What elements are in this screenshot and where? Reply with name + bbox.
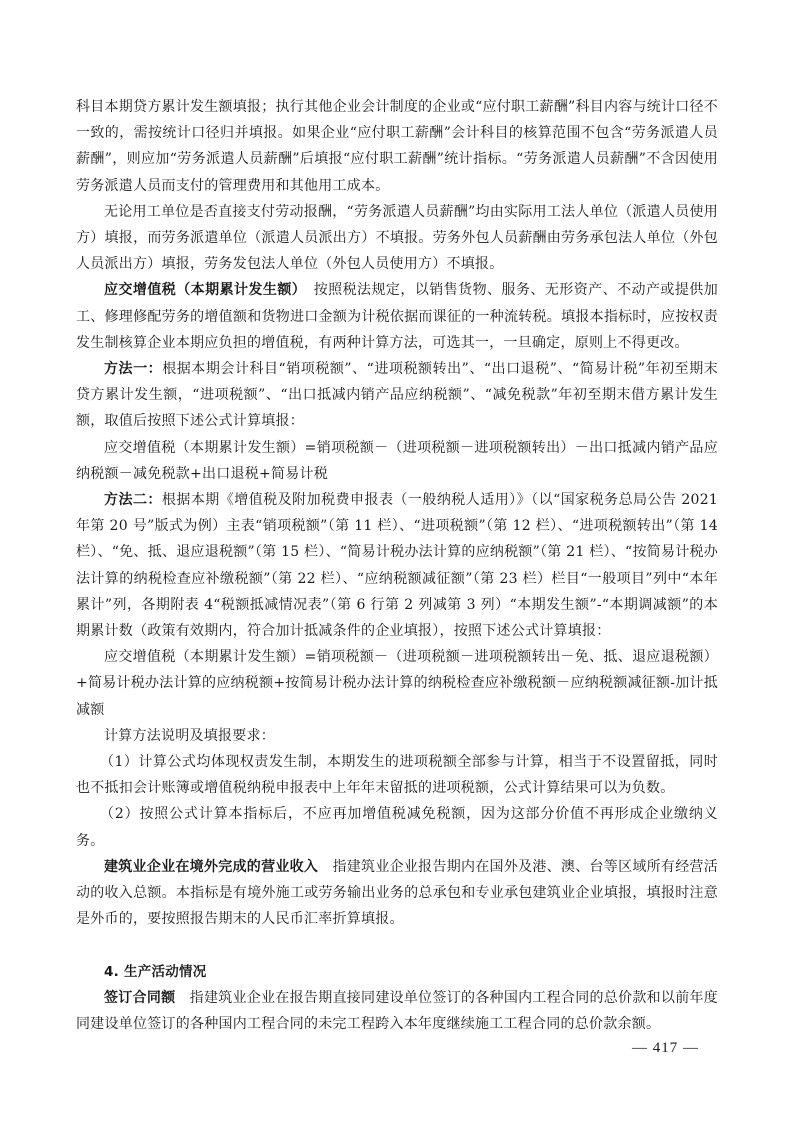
document-page: 科目本期贷方累计发生额填报；执行其他企业会计制度的企业或“应付职工薪酬”科目内容…: [76, 94, 718, 1037]
paragraph-dispatched-workers: 无论用工单位是否直接支付劳动报酬，“劳务派遣人员薪酬”均由实际用工法人单位（派遣…: [76, 199, 718, 278]
term-contract-amount: 签订合同额: [104, 990, 175, 1006]
term-overseas-revenue: 建筑业企业在境外完成的营业收入: [104, 859, 318, 875]
term-method-two: 方法二：: [104, 492, 162, 508]
page-number: — 417 —: [632, 1040, 699, 1057]
term-method-one: 方法一：: [104, 361, 162, 377]
paragraph-calc-notes-heading: 计算方法说明及填报要求：: [76, 723, 718, 749]
paragraph-calc-note-2: （2）按照公式计算本指标后，不应再加增值税减免税额，因为这部分价值不再形成企业缴…: [76, 801, 718, 853]
term-vat: 应交增值税（本期累计发生额）: [104, 282, 299, 298]
paragraph-calc-note-1: （1）计算公式均体现权责发生制，本期发生的进项税额全部参与计算，相当于不设置留抵…: [76, 749, 718, 801]
paragraph-vat-definition: 应交增值税（本期累计发生额） 按照税法规定，以销售货物、服务、无形资产、不动产或…: [76, 277, 718, 356]
paragraph-contract-amount: 签订合同额 指建筑业企业在报告期直接同建设单位签订的各种国内工程合同的总价款和以…: [76, 985, 718, 1037]
method-two-text: 根据本期《增值税及附加税费申报表（一般纳税人适用）》（以“国家税务总局公告 20…: [76, 492, 718, 639]
spacer: [76, 933, 718, 959]
paragraph-method-one: 方法一：根据本期会计科目“销项税额”、“进项税额转出”、“出口退税”、“简易计税…: [76, 356, 718, 435]
section-heading-production: 4. 生产活动情况: [76, 959, 718, 985]
formula-method-one: 应交增值税（本期累计发生额）=销项税额－（进项税额－进项税额转出）－出口抵减内销…: [76, 435, 718, 487]
paragraph-labor-compensation-continued: 科目本期贷方累计发生额填报；执行其他企业会计制度的企业或“应付职工薪酬”科目内容…: [76, 94, 718, 199]
formula-method-two: 应交增值税（本期累计发生额）=销项税额－（进项税额－进项税额转出－免、抵、退应退…: [76, 644, 718, 723]
method-one-text: 根据本期会计科目“销项税额”、“进项税额转出”、“出口退税”、“简易计税”年初至…: [76, 361, 718, 429]
paragraph-overseas-revenue: 建筑业企业在境外完成的营业收入 指建筑业企业报告期内在国外及港、澳、台等区域所有…: [76, 854, 718, 933]
paragraph-method-two: 方法二：根据本期《增值税及附加税费申报表（一般纳税人适用）》（以“国家税务总局公…: [76, 487, 718, 644]
